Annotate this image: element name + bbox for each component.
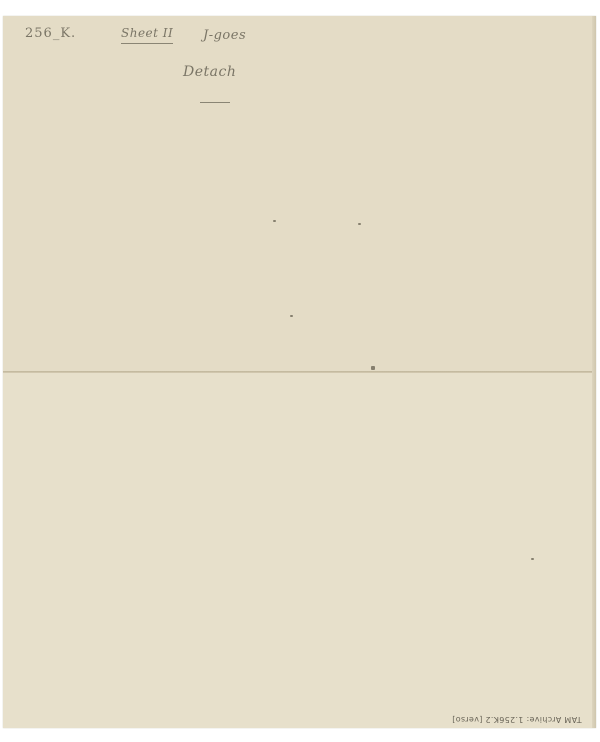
paper-speck — [531, 558, 534, 560]
detach-instruction: Detach — [183, 64, 236, 80]
paper-speck — [290, 315, 293, 317]
upper-panel — [3, 16, 596, 372]
paper-edge — [592, 16, 596, 728]
reference-number: 256_K. — [25, 26, 76, 41]
lower-panel — [3, 373, 596, 728]
fold-crease — [3, 371, 596, 373]
paper-speck — [273, 220, 276, 222]
archive-label: TAM Archive: 1.256K.2 [verso] — [452, 715, 582, 724]
paper-speck — [358, 223, 361, 225]
detach-underline — [200, 102, 230, 103]
manuscript-sheet: 256_K. Sheet II J-goes Detach TAM Archiv… — [3, 16, 596, 728]
sheet-label: Sheet II — [121, 26, 173, 44]
paper-speck — [371, 366, 375, 370]
handwritten-note: J-goes — [203, 28, 246, 43]
